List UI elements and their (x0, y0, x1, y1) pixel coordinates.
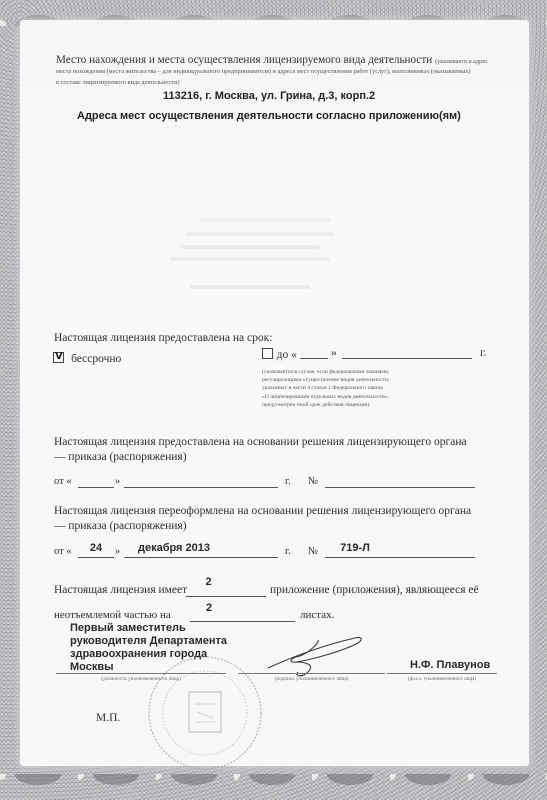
granted-date-field[interactable] (124, 487, 278, 488)
until-day-field[interactable] (300, 358, 328, 359)
reissued-quote-close: » (115, 546, 120, 557)
seal-label: М.П. (96, 712, 120, 724)
reissued-number-label: № (308, 546, 318, 557)
appendix-line1-suffix: приложение (приложения), являющееся её (270, 584, 479, 596)
appendix-line2-prefix: неотъемлемой частью на (54, 609, 171, 621)
granted-number-label: № (308, 476, 318, 487)
reissued-date-field[interactable] (124, 557, 278, 558)
until-prefix: до « (277, 349, 297, 361)
location-heading: Место нахождения и места осуществления л… (56, 54, 488, 66)
term-heading: Настоящая лицензия предоставлена на срок… (54, 332, 272, 344)
until-date-field[interactable] (342, 358, 472, 359)
reissued-line1: Настоящая лицензия переоформлена на осно… (54, 505, 471, 517)
reissued-line2: — приказа (распоряжения) (54, 520, 187, 532)
checkbox-empty-icon (262, 348, 273, 359)
location-note-cont: в составе лицензируемого вида деятельнос… (56, 79, 180, 86)
reissued-number-field[interactable] (325, 557, 475, 558)
until-year-suffix: г. (480, 347, 486, 359)
license-page: Место нахождения и места осуществления л… (0, 0, 547, 800)
granted-line2: — приказа (распоряжения) (54, 451, 187, 463)
reissued-day-field[interactable] (78, 557, 114, 558)
address-value: 113216, г. Москва, ул. Грина, д.3, корп.… (163, 90, 375, 102)
checkbox-until[interactable]: до « (262, 347, 297, 361)
reissued-number-value: 719-Л (325, 542, 385, 554)
appendix-line2-suffix: листах. (300, 609, 334, 621)
until-quote-close: » (331, 347, 337, 359)
name-line (387, 673, 497, 674)
granted-number-field[interactable] (325, 487, 475, 488)
official-seal-icon (145, 648, 265, 778)
reissued-date-value: декабря 2013 (124, 542, 224, 554)
appendix-count-field[interactable] (186, 596, 266, 597)
checkbox-unlimited[interactable]: V бессрочно (53, 347, 121, 366)
reissued-from-label: от « (54, 546, 72, 557)
granted-from-label: от « (54, 476, 72, 487)
granted-quote-close: » (115, 476, 120, 487)
name-caption: (ф.и.о. уполномоченного лица) (387, 676, 497, 682)
option-unlimited-label: бессрочно (71, 353, 121, 365)
granted-year-suffix: г. (285, 476, 291, 487)
reissued-year-suffix: г. (285, 546, 291, 557)
addresses-note: Адреса мест осуществления деятельности с… (77, 110, 461, 122)
signatory-name: Н.Ф. Плавунов (410, 659, 490, 671)
appendix-count-value: 2 (186, 576, 231, 588)
until-note: (указывается в случае, если федеральными… (262, 368, 389, 409)
appendix-line1-prefix: Настоящая лицензия имеет (54, 584, 187, 596)
reissued-day-value: 24 (78, 542, 114, 554)
checkbox-checked-icon: V (53, 352, 64, 363)
sheet-count-value: 2 (190, 602, 228, 614)
location-note: места нахождения (места жительства – для… (56, 68, 471, 75)
granted-day-field[interactable] (78, 487, 114, 488)
granted-line1: Настоящая лицензия предоставлена на осно… (54, 436, 467, 448)
